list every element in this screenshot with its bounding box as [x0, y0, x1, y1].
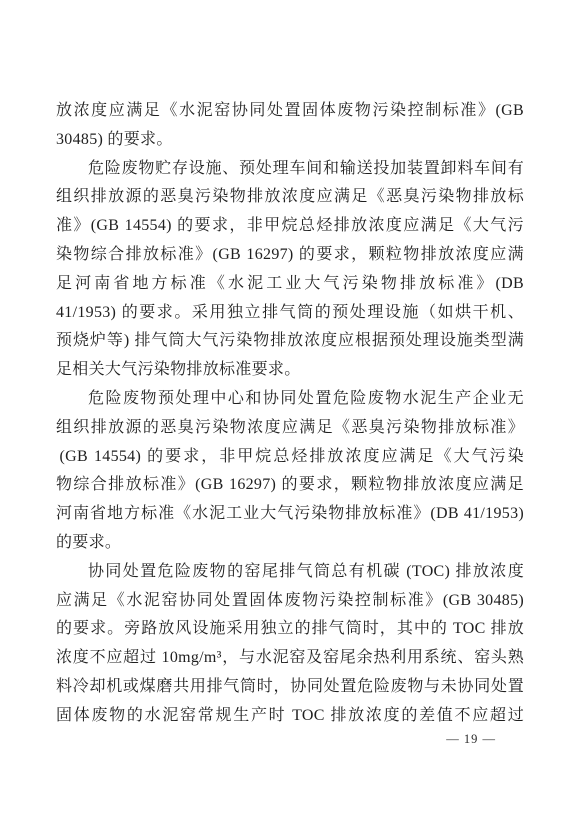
- paragraph-continuation: 放浓度应满足《水泥窑协同处置固体废物污染控制标准》(GB 30485) 的要求。: [56, 97, 524, 155]
- text-line: 的要求。: [56, 529, 524, 558]
- paragraph-toc-emissions: 协同处置危险废物的窑尾排气筒总有机碳 (TOC) 排放浓度 应满足《水泥窑协同处…: [56, 558, 524, 731]
- text-line: 固体废物的水泥窑常规生产时 TOC 排放浓度的差值不应超过: [56, 702, 524, 731]
- document-page: 放浓度应满足《水泥窑协同处置固体废物污染控制标准》(GB 30485) 的要求。…: [0, 0, 578, 818]
- page-number: — 19 —: [446, 732, 496, 747]
- text-line: 浓度不应超过 10mg/m³，与水泥窑及窑尾余热利用系统、窑头熟: [56, 644, 524, 673]
- text-line: 应满足《水泥窑协同处置固体废物污染控制标准》(GB 30485): [56, 587, 524, 616]
- text-line: 的要求。旁路放风设施采用独立的排气筒时，其中的 TOC 排放: [56, 615, 524, 644]
- paragraph-storage-facilities: 危险废物贮存设施、预处理车间和输送投加装置卸料车间有 组织排放源的恶臭污染物排放…: [56, 155, 524, 385]
- text-line: 河南省地方标准《水泥工业大气污染物排放标准》(DB 41/1953): [56, 500, 524, 529]
- text-line: 41/1953) 的要求。采用独立排气筒的预处理设施（如烘干机、: [56, 299, 524, 328]
- text-line: (GB 14554) 的要求，非甲烷总烃排放浓度应满足《大气污染: [56, 443, 524, 472]
- text-line: 放浓度应满足《水泥窑协同处置固体废物污染控制标准》(GB: [56, 97, 524, 126]
- text-line: 准》(GB 14554) 的要求，非甲烷总烃排放浓度应满足《大气污: [56, 212, 524, 241]
- text-line: 足相关大气污染物排放标准要求。: [56, 356, 524, 385]
- body-text: 放浓度应满足《水泥窑协同处置固体废物污染控制标准》(GB 30485) 的要求。…: [56, 97, 524, 731]
- paragraph-pretreatment-center: 危险废物预处理中心和协同处置危险废物水泥生产企业无 组织排放源的恶臭污染物浓度应…: [56, 385, 524, 558]
- text-line: 组织排放源的恶臭污染物浓度应满足《恶臭污染物排放标准》: [56, 414, 524, 443]
- text-line: 预烧炉等) 排气筒大气污染物排放浓度应根据预处理设施类型满: [56, 327, 524, 356]
- text-line: 物综合排放标准》(GB 16297) 的要求，颗粒物排放浓度应满足: [56, 471, 524, 500]
- text-line: 协同处置危险废物的窑尾排气筒总有机碳 (TOC) 排放浓度: [56, 558, 524, 587]
- text-line: 组织排放源的恶臭污染物排放浓度应满足《恶臭污染物排放标: [56, 183, 524, 212]
- text-line: 30485) 的要求。: [56, 126, 524, 155]
- text-line: 危险废物贮存设施、预处理车间和输送投加装置卸料车间有: [56, 155, 524, 184]
- text-line: 料冷却机或煤磨共用排气筒时，协同处置危险废物与未协同处置: [56, 673, 524, 702]
- text-line: 染物综合排放标准》(GB 16297) 的要求，颗粒物排放浓度应满: [56, 241, 524, 270]
- text-line: 足河南省地方标准《水泥工业大气污染物排放标准》(DB: [56, 270, 524, 299]
- text-line: 危险废物预处理中心和协同处置危险废物水泥生产企业无: [56, 385, 524, 414]
